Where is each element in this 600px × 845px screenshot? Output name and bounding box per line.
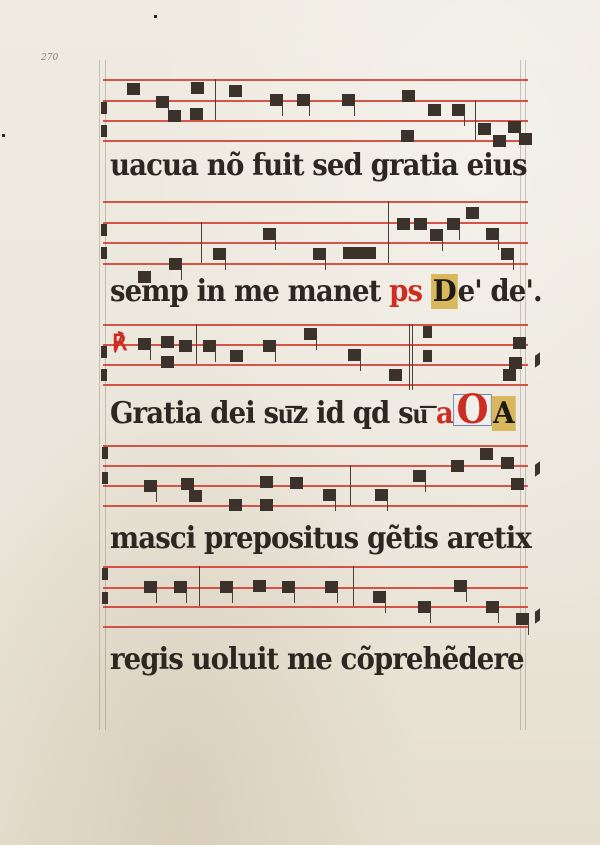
- neume-punctum: [501, 457, 514, 469]
- division-bar: [409, 324, 410, 390]
- neume-punctum: [451, 460, 464, 472]
- gilded-initial: D: [431, 274, 458, 309]
- neume-virga: [282, 581, 295, 593]
- lyric-line-5: regis uoluit me cõprehẽdere: [110, 642, 524, 677]
- neume-virga: [413, 470, 426, 482]
- staff-line: [103, 242, 528, 244]
- ink-speck: [2, 134, 5, 137]
- custos-icon: [535, 461, 540, 477]
- neume-punctum: [503, 369, 516, 381]
- neume-punctum: [290, 477, 303, 489]
- division-bar: [196, 324, 197, 364]
- c-clef-icon: [102, 447, 108, 459]
- neume-punctum: [519, 133, 532, 145]
- division-bar: [201, 222, 202, 263]
- neume-punctum: [168, 110, 181, 122]
- neume-punctum: [508, 121, 521, 133]
- staff-line: [103, 140, 528, 142]
- neume-virga: [220, 581, 233, 593]
- neume-virga: [138, 338, 151, 350]
- division-bar: [353, 566, 354, 606]
- ink-speck: [154, 15, 157, 18]
- illuminated-initial: O: [453, 394, 491, 426]
- rubric-antiphon-abbrev: a: [436, 396, 453, 431]
- staff-line: [103, 626, 528, 628]
- neume-virga: [144, 581, 157, 593]
- responsory-mark-icon: ℟: [112, 330, 127, 356]
- neume-virga: [297, 94, 310, 106]
- staff-line: [103, 566, 528, 568]
- lyric-line-2: semp in me manet ps De' de'.: [110, 274, 542, 309]
- division-bar: [215, 79, 216, 120]
- neume-punctum: [397, 218, 410, 230]
- neume-virga: [418, 601, 431, 613]
- neume-virga: [486, 228, 499, 240]
- neume-punctum: [260, 499, 273, 511]
- lyric-line-4: masci prepositus gẽtis aretix: [110, 521, 531, 556]
- neume-punctum: [401, 130, 414, 142]
- custos-icon: [535, 352, 540, 368]
- neume-punctum: [229, 499, 242, 511]
- neume-virga: [270, 94, 283, 106]
- neume-punctum: [513, 337, 526, 349]
- neume-punctum: [253, 580, 266, 592]
- neume-virga: [447, 218, 460, 230]
- c-clef-icon: [101, 102, 107, 114]
- neume-punctum: [466, 207, 479, 219]
- neume-virga: [263, 340, 276, 352]
- music-staff-2: [103, 201, 528, 265]
- neume-ligature: [343, 247, 376, 259]
- neume-virga: [174, 581, 187, 593]
- neume-punctum: [229, 85, 242, 97]
- neume-punctum: [402, 90, 415, 102]
- neume-virga: [342, 94, 355, 106]
- lyric-text: Gratia dei su͞z id qd su͞: [110, 396, 436, 431]
- neume-punctum: [423, 326, 432, 338]
- music-staff-5: [103, 566, 528, 630]
- neume-virga: [373, 591, 386, 603]
- neume-virga: [452, 104, 465, 116]
- staff-line: [103, 79, 528, 81]
- music-staff-1: [103, 79, 528, 143]
- neume-virga: [325, 581, 338, 593]
- neume-virga: [430, 229, 443, 241]
- neume-virga: [313, 248, 326, 260]
- neume-virga: [213, 248, 226, 260]
- neume-punctum: [161, 336, 174, 348]
- c-clef-icon: [102, 568, 108, 580]
- c-clef-icon: [101, 346, 107, 358]
- neume-virga: [323, 489, 336, 501]
- neume-punctum: [161, 356, 174, 368]
- neume-punctum: [389, 369, 402, 381]
- neume-virga: [501, 248, 514, 260]
- c-clef-icon: [102, 472, 108, 484]
- ruling-line-left: [99, 60, 100, 730]
- neume-virga: [169, 258, 182, 270]
- neume-virga: [516, 613, 529, 625]
- neume-punctum: [260, 476, 273, 488]
- lyric-line-3: Gratia dei su͞z id qd su͞ aOA: [110, 394, 516, 431]
- neume-punctum: [478, 123, 491, 135]
- c-clef-icon: [101, 125, 107, 137]
- division-bar: [350, 465, 351, 505]
- neume-punctum: [509, 357, 522, 369]
- rubric-psalm-abbrev: ps: [389, 274, 422, 309]
- staff-line: [103, 485, 528, 487]
- neume-punctum: [511, 478, 524, 490]
- neume-punctum: [190, 108, 203, 120]
- neume-punctum: [191, 82, 204, 94]
- neume-punctum: [428, 104, 441, 116]
- lyric-line-1: uacua nõ fuit sed gratia eius: [110, 148, 527, 183]
- folio-number: 270: [41, 53, 58, 63]
- staff-line: [103, 263, 528, 265]
- staff-line: [103, 222, 528, 224]
- c-clef-icon: [102, 592, 108, 604]
- division-bar: [412, 324, 413, 390]
- staff-line: [103, 505, 528, 507]
- neume-virga: [348, 349, 361, 361]
- c-clef-icon: [101, 369, 107, 381]
- neume-virga: [203, 340, 216, 352]
- neume-punctum: [179, 340, 192, 352]
- neume-punctum: [414, 218, 427, 230]
- lyric-text: e' de'.: [458, 274, 542, 309]
- music-staff-4: [103, 445, 528, 509]
- neume-virga: [144, 480, 157, 492]
- staff-line: [103, 465, 528, 467]
- neume-punctum: [181, 478, 194, 490]
- custos-icon: [535, 608, 540, 624]
- neume-virga: [486, 601, 499, 613]
- division-bar: [388, 201, 389, 263]
- c-clef-icon: [101, 247, 107, 259]
- lyric-text: semp in me manet: [110, 274, 389, 309]
- neume-virga: [375, 489, 388, 501]
- neume-virga: [156, 96, 169, 108]
- neume-virga: [454, 580, 467, 592]
- music-staff-3: [103, 324, 528, 388]
- neume-punctum: [189, 490, 202, 502]
- staff-line: [103, 606, 528, 608]
- neume-punctum: [493, 135, 506, 147]
- division-bar: [199, 566, 200, 606]
- neume-virga: [304, 328, 317, 340]
- neume-punctum: [423, 350, 432, 362]
- staff-line: [103, 324, 528, 326]
- staff-line: [103, 445, 528, 447]
- neume-punctum: [480, 448, 493, 460]
- staff-line: [103, 201, 528, 203]
- division-bar: [475, 100, 476, 140]
- neume-virga: [263, 228, 276, 240]
- neume-punctum: [127, 83, 140, 95]
- c-clef-icon: [101, 224, 107, 236]
- neume-punctum: [230, 350, 243, 362]
- manuscript-page: 270 uacua nõ fuit sed gratia eius: [0, 0, 600, 845]
- gilded-initial: A: [491, 396, 515, 431]
